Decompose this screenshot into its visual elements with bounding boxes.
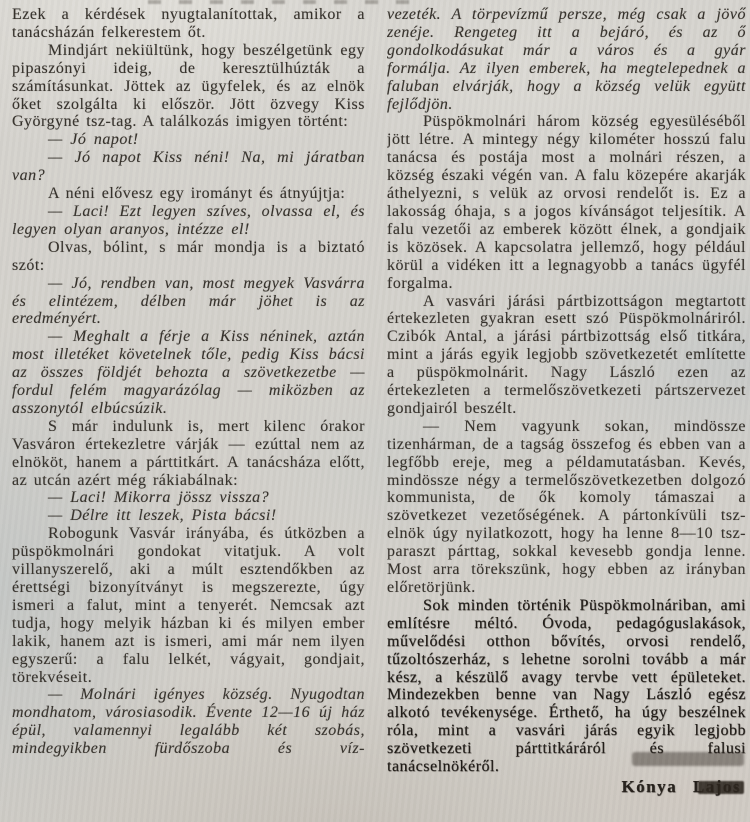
dialogue-paragraph: — Jó napot! <box>12 131 365 149</box>
dialogue-paragraph: — Molnári igényes község. Nyugodtan mond… <box>12 686 365 758</box>
paragraph: S már indulunk is, mert kilenc órakor Va… <box>12 418 365 490</box>
column-right: vezeték. A törpevízmű persze, még csak a… <box>387 6 746 822</box>
column-left-paragraphs: Ezek a kérdések nyugtalanítottak, amikor… <box>12 6 365 758</box>
column-left: Ezek a kérdések nyugtalanítottak, amikor… <box>12 6 365 822</box>
paragraph: A vasvári járási pártbizottságon megtart… <box>387 293 746 418</box>
byline-row: Kónya Lajos <box>387 777 746 797</box>
dialogue-paragraph: — Nem vagyunk sokan, mindössze tizenhárm… <box>387 418 746 597</box>
ink-smudge-icon <box>698 781 744 794</box>
paragraph: Ezek a kérdések nyugtalanítottak, amikor… <box>12 6 365 42</box>
dialogue-paragraph: — Délre itt leszek, Pista bácsi! <box>12 507 365 525</box>
paragraph: vezeték. A törpevízmű persze, még csak a… <box>387 6 746 113</box>
newspaper-scan-page: Ezek a kérdések nyugtalanítottak, amikor… <box>0 0 750 822</box>
paragraph: Püspökmolnári három község egyesüléséből… <box>387 113 746 292</box>
article-columns: Ezek a kérdések nyugtalanítottak, amikor… <box>0 0 750 822</box>
column-right-paragraphs: vezeték. A törpevízmű persze, még csak a… <box>387 6 746 776</box>
dialogue-paragraph: — Laci! Ezt legyen szíves, olvassa el, é… <box>12 203 365 239</box>
dialogue-paragraph: — Jó napot Kiss néni! Na, mi járatban va… <box>12 149 365 185</box>
dialogue-paragraph: — Meghalt a férje a Kiss néninek, aztán … <box>12 328 365 418</box>
paragraph: A néni elővesz egy irományt és átnyújtja… <box>12 185 365 203</box>
paragraph: Robogunk Vasvár irányába, és útközben a … <box>12 525 365 686</box>
dialogue-paragraph: — Jó, rendben van, most megyek Vasvárra … <box>12 275 365 329</box>
dialogue-paragraph: — Laci! Mikorra jössz vissza? <box>12 489 365 507</box>
paragraph: Mindjárt nekiültünk, hogy beszélgetünk e… <box>12 42 365 132</box>
paragraph: Olvas, bólint, s már mondja is a biztató… <box>12 239 365 275</box>
paragraph: Sok minden történik Püspökmolnáriban, am… <box>387 597 746 776</box>
